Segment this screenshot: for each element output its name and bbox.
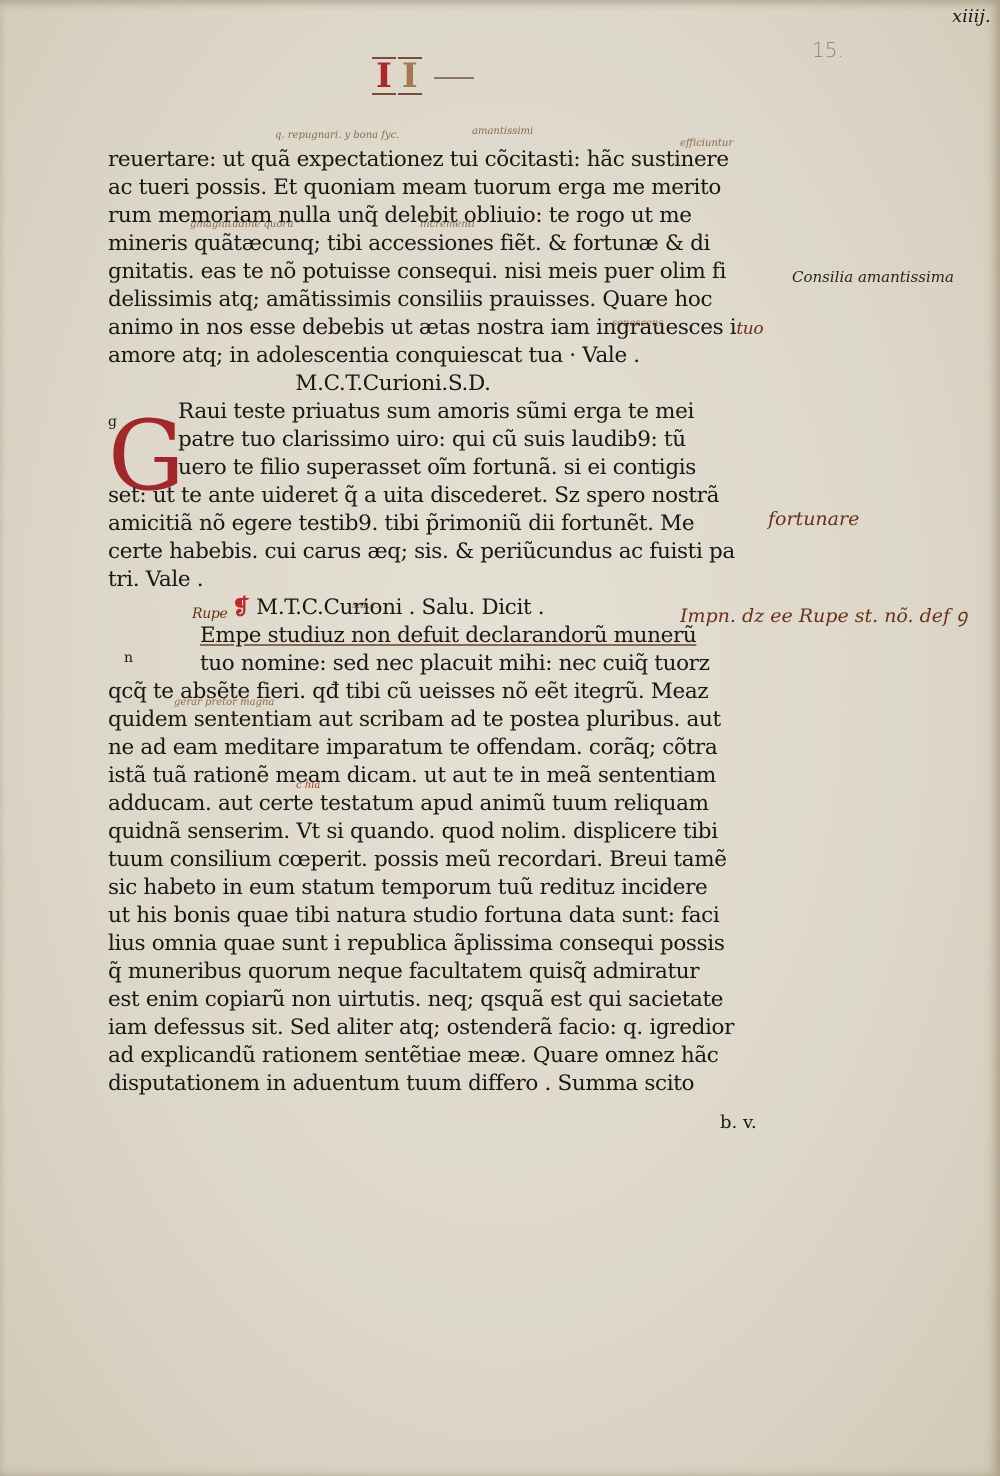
text-line: q̃ muneribus quorum neque facultatem qui… bbox=[108, 958, 678, 986]
text-line: qcq̃ te absẽte fieri. qđ tibi cũ ueisses… bbox=[108, 678, 678, 706]
heading-annotation: Rupe bbox=[192, 600, 227, 628]
text-line: quidem sententiam aut scribam ad te post… bbox=[108, 706, 678, 734]
text-line: ac tueri possis. Et quoniam meam tuorum … bbox=[108, 174, 678, 202]
margin-note: fortunare bbox=[768, 508, 859, 530]
text-line: tuo nomine: sed nec placuit mihi: nec cu… bbox=[108, 650, 678, 678]
inline-annotation: tuo bbox=[736, 319, 763, 339]
text-line: iam defessus sit. Sed aliter atq; ostend… bbox=[108, 1014, 678, 1042]
text-line: amicitiã nõ egere testib9. tibi p̃rimoni… bbox=[108, 510, 678, 538]
text-line: tuum consilium cœperit. possis meũ recor… bbox=[108, 846, 678, 874]
text-line: patre tuo clarissimo uiro: qui cũ suis l… bbox=[108, 426, 678, 454]
text-line: Raui teste priuatus sum amoris sũmi erga… bbox=[108, 398, 678, 426]
text-line-content: animo in nos esse debebis ut ætas nostra… bbox=[108, 315, 736, 340]
text-line: delissimis atq; amãtissimis consiliis pr… bbox=[108, 286, 678, 314]
text-line: quidnã senserim. Vt si quando. quod noli… bbox=[108, 818, 678, 846]
text-line: gnitatis. eas te nõ potuisse consequi. n… bbox=[108, 258, 678, 286]
text-line: certe habebis. cui carus æq; sis. & peri… bbox=[108, 538, 678, 566]
text-line: disputationem in aduentum tuum differo .… bbox=[108, 1070, 678, 1098]
margin-note: Impn. dz ee Rupe st. nõ. def ꝯ bbox=[680, 602, 967, 628]
text-line: ut his bonis quae tibi natura studio for… bbox=[108, 902, 678, 930]
running-head: I I bbox=[372, 58, 474, 94]
text-line: set: ut te ante uideret q̃ a uita disced… bbox=[108, 482, 678, 510]
signature-mark: b. v. bbox=[720, 1112, 757, 1133]
margin-note: Consilia amantissima bbox=[792, 268, 954, 286]
text-block: reuertare: ut quã expectationez tui cõci… bbox=[108, 146, 678, 1098]
pilcrow-icon: ❡ bbox=[232, 595, 250, 620]
text-line: animo in nos esse debebis ut ætas nostra… bbox=[108, 314, 678, 342]
manuscript-page: xiiij. 15. I I q. repugnari. y bona fyc.… bbox=[0, 0, 1000, 1476]
text-line: est enim copiarũ non uirtutis. neq; qsqu… bbox=[108, 986, 678, 1014]
text-line: adducam. aut certe testatum apud animũ t… bbox=[108, 790, 678, 818]
text-line: uero te filio superasset oĩm fortunã. si… bbox=[108, 454, 678, 482]
text-line: ad explicandũ rationem sentẽtiae meæ. Qu… bbox=[108, 1042, 678, 1070]
running-head-flourish bbox=[434, 77, 474, 79]
text-line: lius omnia quae sunt i republica ãplissi… bbox=[108, 930, 678, 958]
text-line: reuertare: ut quã expectationez tui cõci… bbox=[108, 146, 678, 174]
text-line: mineris quãtæcunq; tibi accessiones fiẽt… bbox=[108, 230, 678, 258]
interlinear-gloss: amantissimi bbox=[472, 126, 533, 137]
running-head-brown-numeral: I bbox=[398, 57, 422, 95]
text-line: amore atq; in adolescentia conquiescat t… bbox=[108, 342, 678, 370]
text-line: ne ad eam meditare imparatum te offendam… bbox=[108, 734, 678, 762]
text-line: tri. Vale . bbox=[108, 566, 678, 594]
running-head-red-numeral: I bbox=[372, 57, 396, 95]
interlinear-gloss: q. repugnari. y bona fyc. bbox=[275, 130, 399, 141]
letter-heading-row: Rupe ❡ M.T.C.Curioni . Salu. Dicit . bbox=[108, 594, 678, 622]
letter-heading: M.C.T.Curioni.S.D. bbox=[108, 370, 678, 398]
text-line: rum memoriam nulla unq̃ delebit obliuio:… bbox=[108, 202, 678, 230]
text-line-content: Empe studiuz non defuit declarandorũ mun… bbox=[200, 623, 696, 648]
letter-heading: M.T.C.Curioni . Salu. Dicit . bbox=[256, 595, 544, 620]
folio-number: xiiij. bbox=[952, 6, 991, 27]
text-line: istã tuã rationẽ meam dicam. ut aut te i… bbox=[108, 762, 678, 790]
text-line: sic habeto in eum statum temporum tuũ re… bbox=[108, 874, 678, 902]
pencil-page-number: 15. bbox=[812, 38, 844, 62]
